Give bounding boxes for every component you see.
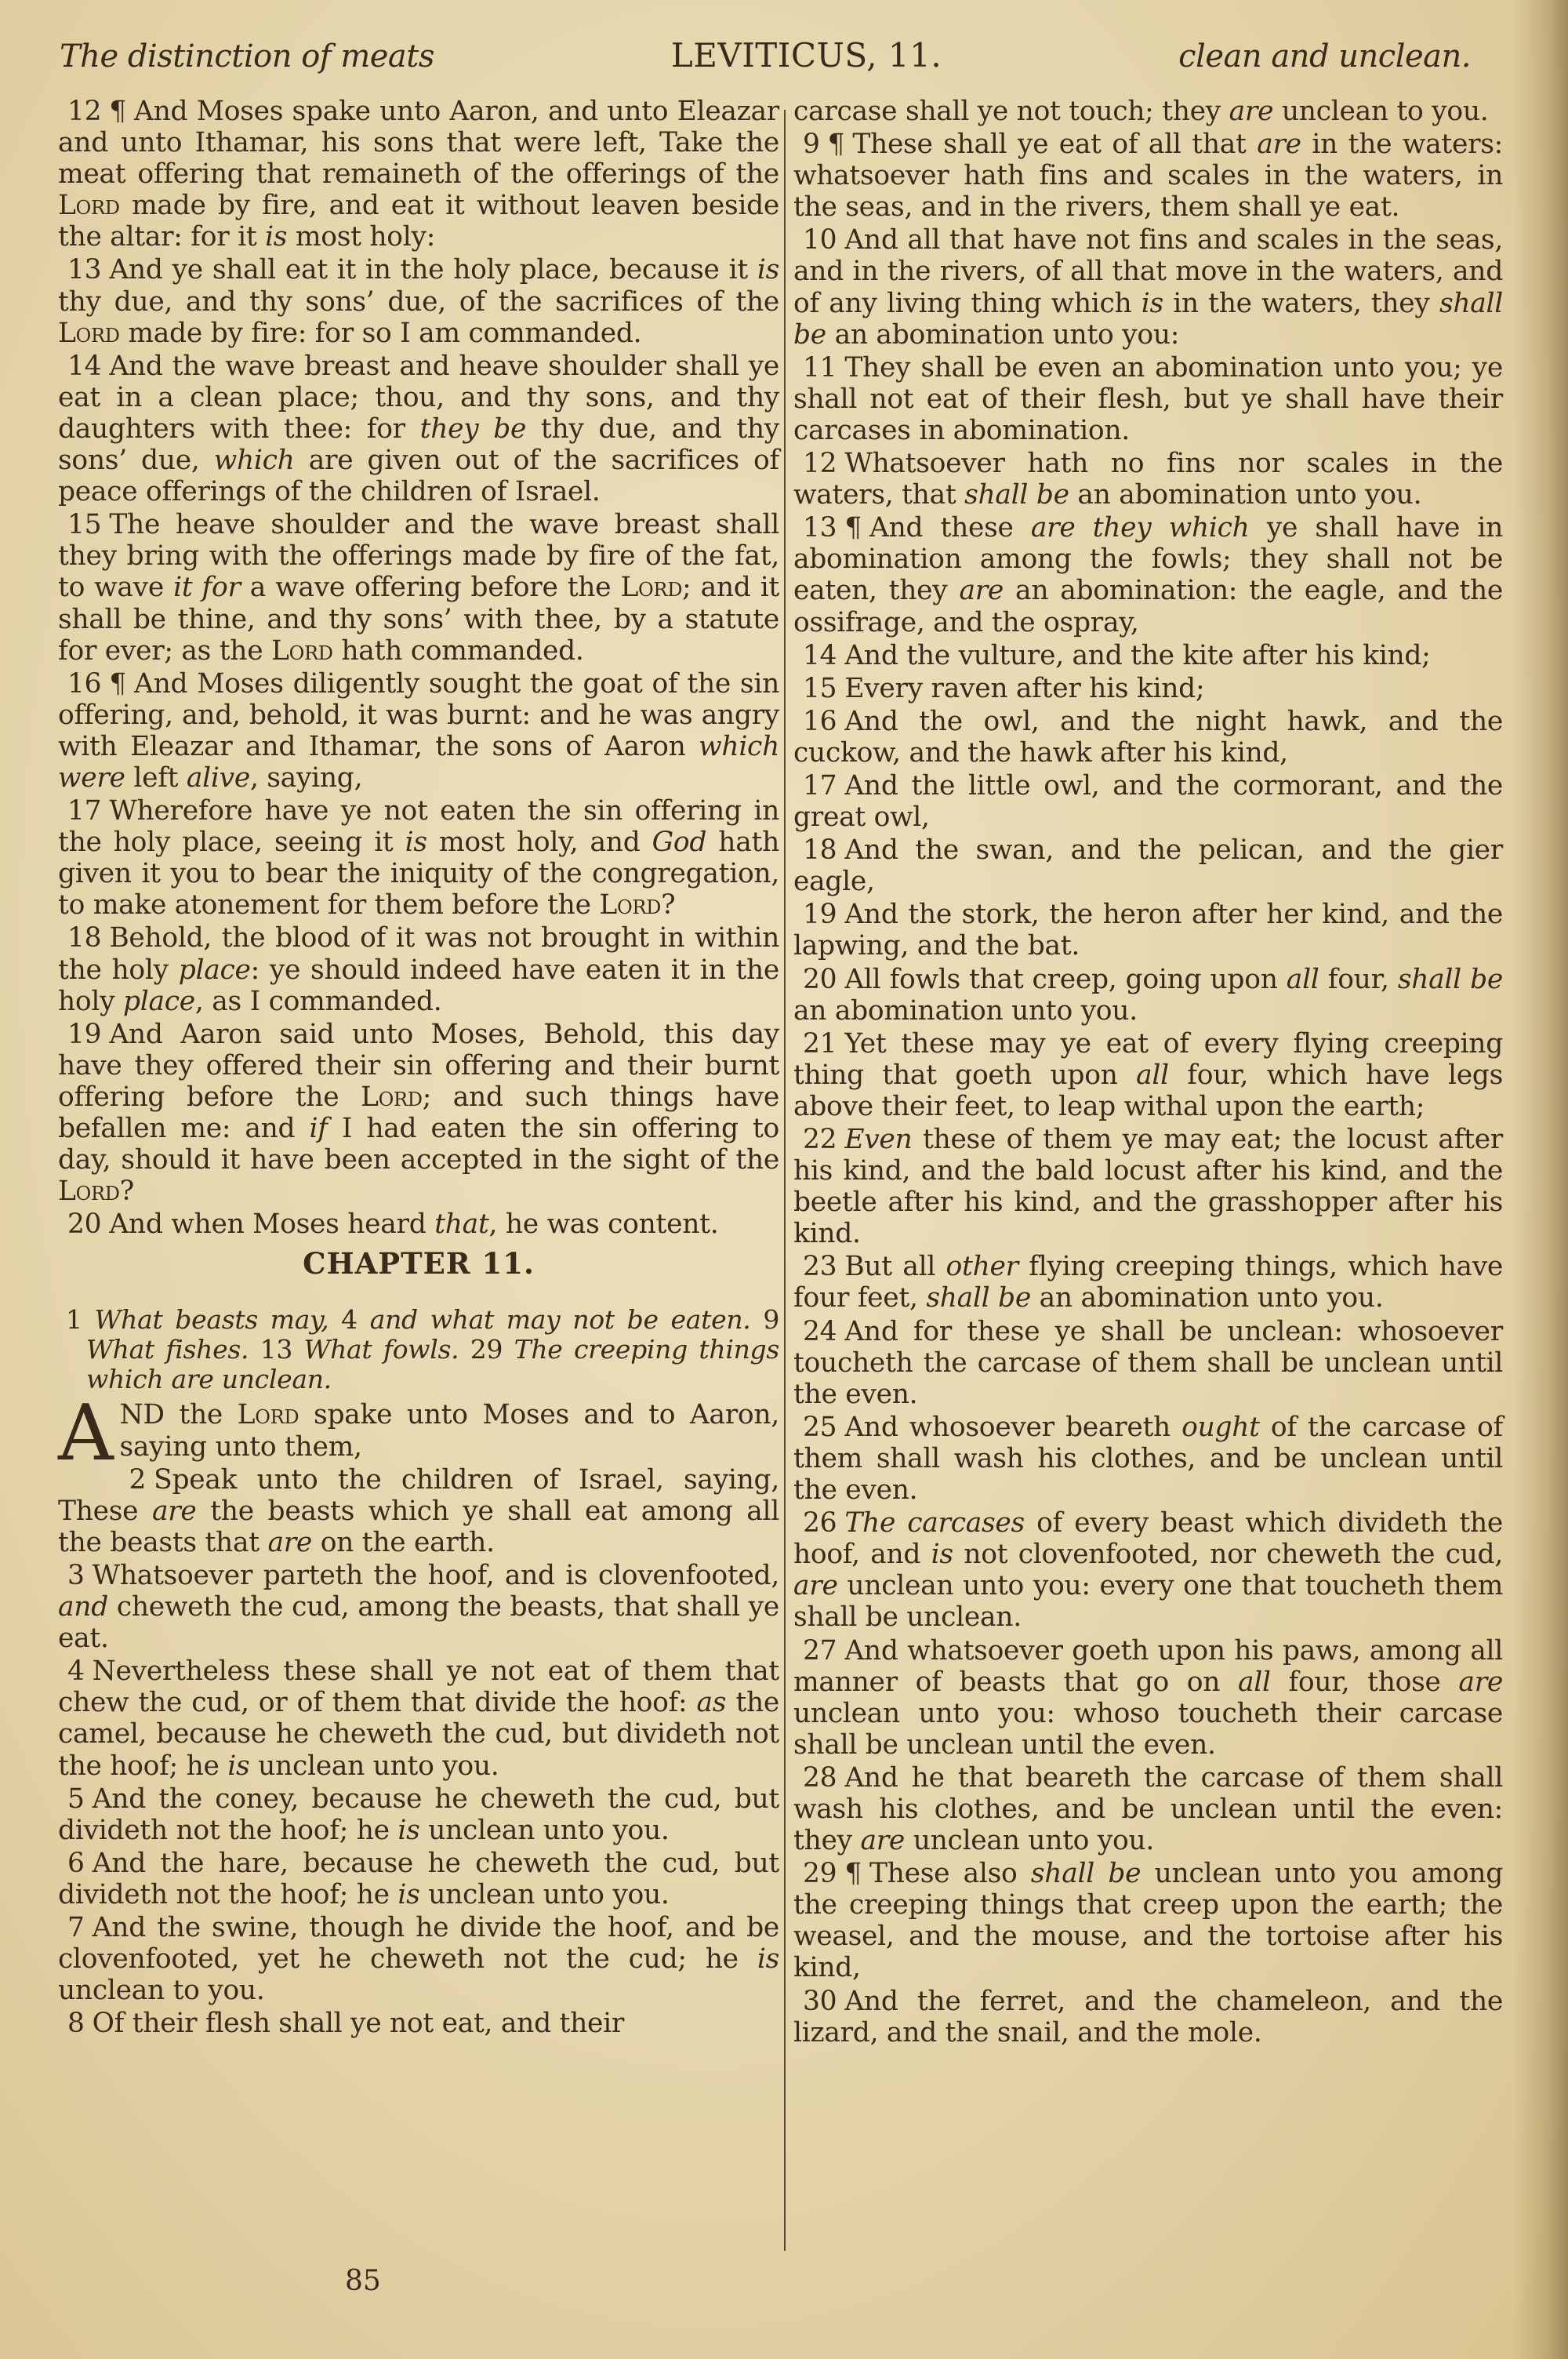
pilcrow-icon: ¶ — [109, 668, 126, 700]
small-caps-text: Lord — [620, 572, 682, 603]
text-run: 29 — [470, 1334, 514, 1365]
verse-number: 5 — [67, 1783, 85, 1815]
verse-13: 13¶And these are they which ye shall hav… — [793, 512, 1503, 638]
small-caps-text: Lord — [599, 889, 661, 921]
verse-number: 26 — [803, 1507, 837, 1539]
verse-number: 16 — [803, 706, 837, 737]
text-run: Whatsoever parteth the hoof, and is clov… — [93, 1560, 779, 1591]
italic-text: shall be — [1398, 964, 1503, 995]
text-run: unclean to you. — [58, 1975, 265, 2006]
verse-24: 24And for these ye shall be unclean: who… — [793, 1316, 1503, 1410]
verse-number: 14 — [67, 351, 101, 382]
verse-25: 25And whosoever beareth ought of the car… — [793, 1412, 1503, 1506]
text-run: four, those — [1271, 1667, 1459, 1698]
page-number: 85 — [345, 2265, 381, 2297]
verse-16: 16And the owl, and the night hawk, and t… — [793, 706, 1503, 769]
verse-15: 15The heave shoulder and the wave breast… — [58, 509, 779, 666]
text-run: unclean unto you. — [420, 1879, 670, 1910]
text-run: ? — [120, 1176, 134, 1207]
left-column: 12¶And Moses spake unto Aaron, and unto … — [58, 96, 779, 2041]
text-run: unclean unto you. — [420, 1815, 670, 1846]
verse-number: 27 — [803, 1635, 837, 1667]
verse-2: 2Speak unto the children of Israel, sayi… — [58, 1464, 779, 1558]
italic-text: all — [1238, 1667, 1271, 1698]
italic-text: it for — [173, 572, 241, 603]
text-run: All fowls that creep, going upon — [844, 964, 1286, 995]
verse-18: 18Behold, the blood of it was not brough… — [58, 922, 779, 1016]
italic-text: alive — [187, 762, 250, 794]
verse-number: 20 — [803, 964, 837, 995]
verse-19: 19And the stork, the heron after her kin… — [793, 899, 1503, 961]
text-run: cheweth the cud, among the beasts, that … — [58, 1591, 779, 1654]
verse-6: 6And the hare, because he cheweth the cu… — [58, 1848, 779, 1910]
verse-number: 13 — [803, 512, 837, 543]
verse-19: 19And Aaron said unto Moses, Behold, thi… — [58, 1019, 779, 1208]
verse-15: 15Every raven after his kind; — [793, 673, 1503, 704]
text-run: thy due, and thy sons’ due, of the sacri… — [58, 286, 779, 318]
italic-text: all — [1287, 964, 1319, 995]
text-run: And when Moses heard — [109, 1209, 434, 1240]
verse-number: 22 — [803, 1124, 837, 1155]
italic-text: shall be — [1031, 1858, 1141, 1889]
italic-text: shall be — [964, 479, 1069, 511]
verses-chapter-10: 12¶And Moses spake unto Aaron, and unto … — [58, 96, 779, 1240]
verse-8-continuation: carcase shall ye not touch; they are unc… — [793, 96, 1503, 127]
text-run: ND the — [119, 1399, 237, 1430]
text-run: unclean unto you. — [249, 1750, 499, 1782]
italic-text: is — [397, 1879, 419, 1910]
verse-number: 28 — [803, 1762, 837, 1794]
text-run: an abomination unto you: — [826, 319, 1179, 351]
text-run: made by fire: for so I am commanded. — [120, 318, 642, 349]
text-run: four, — [1319, 964, 1398, 995]
verse-number: 18 — [803, 834, 837, 866]
italic-text: if — [309, 1113, 327, 1144]
pilcrow-icon: ¶ — [844, 1858, 862, 1889]
verse-number: 30 — [803, 1986, 837, 2017]
text-run: carcase shall ye not touch; they — [793, 96, 1229, 127]
running-head-left: The distinction of meats — [60, 38, 434, 75]
text-run: And the vulture, and the kite after his … — [844, 640, 1430, 671]
text-run: And Moses diligently sought the goat of … — [58, 668, 779, 762]
verse-9: 9¶These shall ye eat of all that are in … — [793, 129, 1503, 223]
text-run: a wave offering before the — [241, 572, 621, 603]
pilcrow-icon: ¶ — [844, 512, 862, 543]
italic-text: is — [227, 1750, 249, 1782]
text-run: These shall ye eat of all that — [852, 129, 1257, 160]
chapter-title: CHAPTER 11. — [58, 1248, 779, 1279]
italic-text: is — [397, 1815, 419, 1846]
italic-text: are — [860, 1825, 905, 1856]
verse-number: 20 — [67, 1209, 101, 1240]
italic-text: are — [1458, 1667, 1503, 1698]
verse-7: 7And the swine, though he divide the hoo… — [58, 1912, 779, 2006]
text-run: And the swine, though he divide the hoof… — [58, 1912, 779, 1975]
italic-text: ought — [1181, 1412, 1260, 1443]
text-run: an abomination unto you. — [1031, 1282, 1384, 1314]
verses-chapter-11: 2Speak unto the children of Israel, sayi… — [58, 1464, 779, 2040]
verse-4: 4Nevertheless these shall ye not eat of … — [58, 1656, 779, 1781]
italic-text: all — [1136, 1060, 1169, 1091]
text-run: and what may not be eaten. — [370, 1304, 764, 1335]
small-caps-text: Lord — [238, 1399, 299, 1430]
text-run: unclean unto you. — [905, 1825, 1154, 1856]
italic-text: are — [267, 1527, 312, 1558]
text-run: hath commanded. — [333, 635, 584, 667]
text-run: unclean to you. — [1273, 96, 1488, 127]
small-caps-text: Lord — [361, 1081, 423, 1113]
italic-text: as — [697, 1687, 727, 1718]
italic-text: are — [1257, 129, 1301, 160]
verse-number: 25 — [803, 1412, 837, 1443]
italic-text: are they which — [1031, 512, 1250, 543]
verse-30: 30And the ferret, and the chameleon, and… — [793, 1986, 1503, 2048]
verse-12: 12¶And Moses spake unto Aaron, and unto … — [58, 96, 779, 253]
small-caps-text: Lord — [58, 190, 120, 221]
verse-number: 18 — [67, 922, 101, 954]
verse-22: 22Even these of them ye may eat; the loc… — [793, 1124, 1503, 1249]
text-run: And Moses spake unto Aaron, and unto Ele… — [58, 96, 779, 190]
verse-3: 3Whatsoever parteth the hoof, and is clo… — [58, 1560, 779, 1654]
verse-20: 20And when Moses heard that, he was cont… — [58, 1209, 779, 1240]
text-run: not clovenfooted, nor cheweth the cud, — [953, 1539, 1503, 1570]
text-run: ? — [661, 889, 675, 921]
text-run: 9 — [763, 1304, 779, 1335]
italic-text: place — [123, 986, 195, 1017]
verse-11: 11They shall be even an abomination unto… — [793, 352, 1503, 446]
text-run: in the waters, they — [1163, 288, 1439, 319]
verse-26: 26The carcases of every beast which divi… — [793, 1507, 1503, 1633]
text-run: an abomination unto you. — [1069, 479, 1422, 511]
running-head-book-chapter: LEVITICUS, 11. — [671, 36, 942, 75]
italic-text: are — [152, 1496, 197, 1527]
verse-17: 17Wherefore have ye not eaten the sin of… — [58, 795, 779, 921]
text-run: But all — [844, 1251, 946, 1282]
italic-text: place — [179, 954, 251, 986]
italic-text: shall be — [926, 1282, 1031, 1314]
verse-number: 4 — [67, 1656, 85, 1687]
text-run: most holy, and — [427, 827, 652, 858]
verse-number: 2 — [129, 1464, 146, 1496]
italic-text: is — [931, 1539, 953, 1570]
verse-21: 21Yet these may ye eat of every flying c… — [793, 1028, 1503, 1122]
verse-number: 10 — [803, 224, 837, 256]
text-run: an abomination unto you. — [793, 995, 1138, 1027]
verse-number: 23 — [803, 1251, 837, 1282]
text-run: And these — [869, 512, 1031, 543]
verse-number: 9 — [803, 129, 820, 160]
verse-number: 17 — [67, 795, 101, 827]
running-head: The distinction of meats LEVITICUS, 11. … — [60, 36, 1471, 83]
verse-number: 21 — [803, 1028, 837, 1060]
italic-text: they be — [420, 413, 526, 445]
text-run: 13 — [260, 1334, 304, 1365]
text-run: And the swan, and the pelican, and the g… — [793, 834, 1503, 897]
small-caps-text: Lord — [58, 1176, 120, 1207]
page-edge-shadow — [1513, 0, 1568, 2359]
italic-text: are — [793, 1570, 838, 1601]
verse-8: 8Of their flesh shall ye not eat, and th… — [58, 2008, 779, 2039]
italic-text: are — [1229, 96, 1274, 127]
text-run: And the owl, and the night hawk, and the… — [793, 706, 1503, 769]
text-run: And the stork, the heron after her kind,… — [793, 899, 1503, 961]
italic-text: is — [757, 1943, 779, 1975]
verse-23: 23But all other flying creeping things, … — [793, 1251, 1503, 1314]
verse-16: 16¶And Moses diligently sought the goat … — [58, 668, 779, 794]
text-run: , as I commanded. — [195, 986, 442, 1017]
verse-text: ND the Lord spake unto Moses and to Aaro… — [119, 1399, 779, 1462]
verse-13: 13And ye shall eat it in the holy place,… — [58, 254, 779, 348]
italic-text: God — [652, 827, 707, 858]
italic-text: is — [1142, 288, 1163, 319]
running-head-right: clean and unclean. — [1178, 38, 1471, 75]
pilcrow-icon: ¶ — [109, 96, 126, 127]
text-run: And whosoever beareth — [844, 1412, 1181, 1443]
verse-27: 27And whatsoever goeth upon his paws, am… — [793, 1635, 1503, 1761]
verse-number: 14 — [803, 640, 837, 671]
small-caps-text: Lord — [58, 318, 120, 349]
drop-cap: A — [58, 1402, 113, 1465]
text-run: What fowls. — [303, 1334, 470, 1365]
verse-number: 24 — [803, 1316, 837, 1347]
italic-text: are — [959, 575, 1004, 606]
small-caps-text: Lord — [271, 635, 333, 667]
verse-17: 17And the little owl, and the cormorant,… — [793, 770, 1503, 833]
text-run: 4 — [341, 1304, 370, 1335]
text-run: And the little owl, and the cormorant, a… — [793, 770, 1503, 833]
italic-text: which — [214, 445, 295, 476]
chapter-summary: 1 What beasts may, 4 and what may not be… — [58, 1305, 779, 1394]
italic-text: is — [265, 221, 287, 253]
verse-number: 12 — [803, 448, 837, 479]
verse-number: 12 — [67, 96, 101, 127]
verse-number: 17 — [803, 770, 837, 801]
verse-number: 11 — [803, 352, 837, 383]
verse-14: 14And the vulture, and the kite after hi… — [793, 640, 1503, 671]
italic-text: is — [405, 827, 427, 858]
text-run: They shall be even an abomination unto y… — [793, 352, 1503, 446]
text-run: And for these ye shall be unclean: whoso… — [793, 1316, 1503, 1410]
verse-29: 29¶These also shall be unclean unto you … — [793, 1858, 1503, 1983]
italic-text: other — [946, 1251, 1018, 1282]
verse-12: 12Whatsoever hath no fins nor scales in … — [793, 448, 1503, 511]
verse-number: 8 — [67, 2008, 85, 2039]
verse-14: 14And the wave breast and heave shoulder… — [58, 351, 779, 507]
verse-number: 7 — [67, 1912, 85, 1943]
text-run: Every raven after his kind; — [844, 673, 1204, 704]
text-run: , saying, — [250, 762, 362, 794]
text-run: unclean unto you: every one that touchet… — [793, 1570, 1503, 1633]
verse-number: 16 — [67, 668, 101, 700]
verse-20: 20All fowls that creep, going upon all f… — [793, 964, 1503, 1027]
verse-number: 19 — [803, 899, 837, 930]
right-column: carcase shall ye not touch; they are unc… — [793, 96, 1503, 2050]
verse-1: A ND the Lord spake unto Moses and to Aa… — [58, 1399, 779, 1462]
text-run: What fishes. — [86, 1334, 260, 1365]
italic-text: Even — [844, 1124, 912, 1155]
text-run: unclean unto you: whoso toucheth their c… — [793, 1698, 1503, 1761]
italic-text: and — [58, 1591, 108, 1623]
text-run: most holy: — [287, 221, 435, 253]
pilcrow-icon: ¶ — [828, 129, 845, 160]
text-run: And the ferret, and the chameleon, and t… — [793, 1986, 1503, 2048]
text-run: , he was content. — [489, 1209, 719, 1240]
text-run: What beasts may, — [95, 1304, 342, 1335]
verse-number: 13 — [67, 254, 101, 285]
italic-text: is — [757, 254, 779, 285]
text-run: left — [125, 762, 187, 794]
verse-number: 19 — [67, 1019, 101, 1050]
verse-number: 15 — [803, 673, 837, 704]
verse-5: 5And the coney, because he cheweth the c… — [58, 1783, 779, 1846]
verse-number: 29 — [803, 1858, 837, 1889]
text-run: on the earth. — [312, 1527, 495, 1558]
italic-text: The carcases — [844, 1507, 1025, 1539]
column-divider-rule — [784, 110, 786, 2251]
italic-text: that — [434, 1209, 488, 1240]
verse-number: 6 — [67, 1848, 85, 1879]
verse-18: 18And the swan, and the pelican, and the… — [793, 834, 1503, 897]
text-run: Nevertheless these shall ye not eat of t… — [58, 1656, 779, 1718]
text-run: And ye shall eat it in the holy place, b… — [109, 254, 757, 285]
verse-28: 28And he that beareth the carcase of the… — [793, 1762, 1503, 1856]
text-run: These also — [869, 1858, 1031, 1889]
text-run: 1 — [66, 1304, 95, 1335]
verses-chapter-11-continued: 9¶These shall ye eat of all that are in … — [793, 129, 1503, 2048]
verse-number: 3 — [67, 1560, 85, 1591]
verse-10: 10And all that have not fins and scales … — [793, 224, 1503, 350]
verse-number: 15 — [67, 509, 101, 540]
text-run: Of their flesh shall ye not eat, and the… — [93, 2008, 624, 2039]
